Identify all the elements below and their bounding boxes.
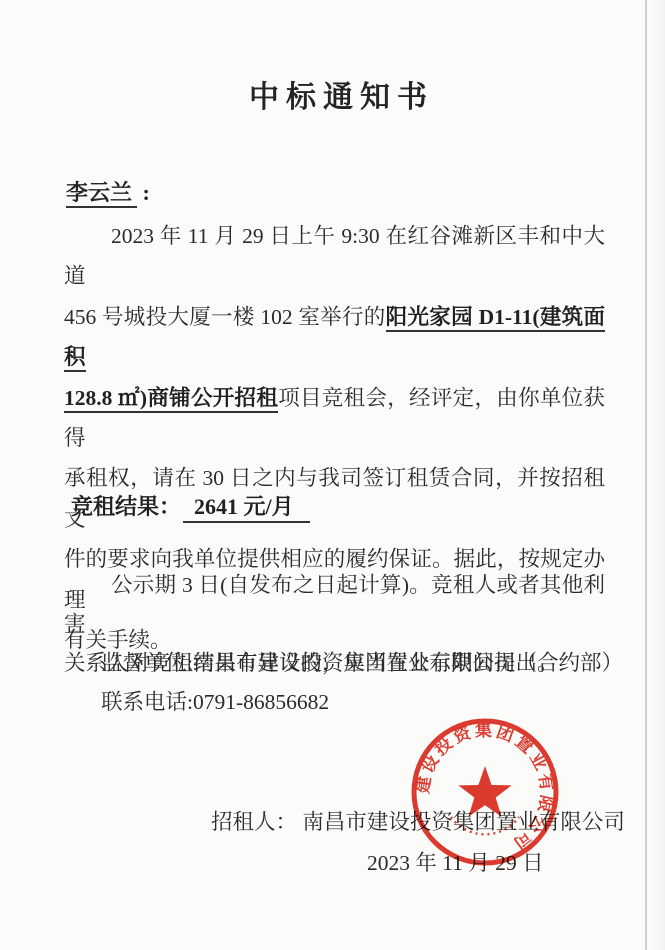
supervision-unit-line: 监督单位:南昌市建设投资集团置业有限公司（合约部）	[101, 644, 623, 683]
addressee-colon: :	[137, 180, 150, 205]
bid-result-label: 竞租结果：	[71, 494, 181, 519]
addressee-line: 李云兰 :	[66, 173, 150, 213]
bid-result-value: 2641 元/月	[183, 494, 310, 523]
svg-text:南昌市建设投资集团置业有限公司: 南昌市建设投资集团置业有限公司	[397, 704, 558, 855]
addressee-name: 李云兰	[66, 180, 137, 208]
scan-edge-shading	[651, 0, 665, 950]
seal-star-icon	[458, 766, 511, 817]
paragraph-line-1: 2023 年 11 月 29 日上午 9:30 在红谷滩新区丰和中大道	[64, 216, 605, 297]
award-notice-document: 中标通知书 李云兰 : 2023 年 11 月 29 日上午 9:30 在红谷滩…	[0, 0, 665, 950]
bid-result-line: 竞租结果：2641 元/月	[71, 487, 310, 527]
official-seal: 南昌市建设投资集团置业有限公司	[397, 704, 573, 880]
project-name-emphasis: 128.8 ㎡)商铺公开招租	[64, 386, 278, 413]
paragraph-text: 456 号城投大厦一楼 102 室举行的	[64, 305, 386, 329]
paragraph-line-2: 456 号城投大厦一楼 102 室举行的阳光家园 D1-11(建筑面积	[64, 297, 605, 378]
notice-line-1: 公示期 3 日(自发布之日起计算)。竞租人或者其他利害	[64, 566, 605, 644]
document-title: 中标通知书	[0, 78, 665, 118]
seal-company-text: 南昌市建设投资集团置业有限公司	[397, 704, 558, 855]
seal-serial-dots	[451, 817, 519, 834]
paragraph-line-3: 128.8 ㎡)商铺公开招租项目竞租会，经评定，由你单位获得	[64, 378, 605, 459]
scan-edge-line	[645, 0, 647, 950]
